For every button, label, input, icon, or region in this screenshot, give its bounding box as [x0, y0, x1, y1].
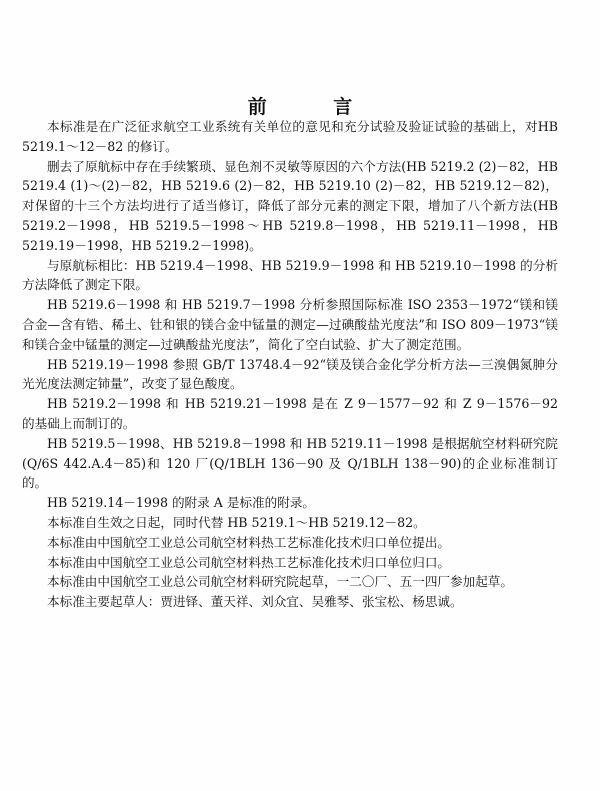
- document-page: 前 言 本标准是在广泛征求航空工业系统有关单位的意见和充分试验及验证试验的基础上…: [0, 0, 600, 791]
- paragraph-detection-limits: 与原航标相比：HB 5219.4－1998、HB 5219.9－1998 和 H…: [22, 256, 558, 296]
- page-title: 前 言: [0, 92, 600, 119]
- paragraph-drafted-by: 本标准由中国航空工业总公司航空材料研究院起草，一二〇厂、五一四厂参加起草。: [22, 572, 558, 592]
- paragraph-iso-reference: HB 5219.6－1998 和 HB 5219.7－1998 分析参照国际标准…: [22, 295, 558, 354]
- paragraph-removed-methods: 删去了原航标中存在手续繁琐、显色剂不灵敏等原因的六个方法(HB 5219.2 (…: [22, 157, 558, 256]
- paragraph-proposed-by: 本标准由中国航空工业总公司航空材料热工艺标准化技术归口单位提出。: [22, 533, 558, 553]
- paragraph-revision-basis: 本标准是在广泛征求航空工业系统有关单位的意见和充分试验及验证试验的基础上，对HB…: [22, 117, 558, 157]
- paragraph-effective-date: 本标准自生效之日起，同时代替 HB 5219.1～HB 5219.12－82。: [22, 513, 558, 533]
- paragraph-z9-basis: HB 5219.2－1998 和 HB 5219.21－1998 是在 Z 9－…: [22, 394, 558, 434]
- paragraph-enterprise-standards: HB 5219.5－1998、HB 5219.8－1998 和 HB 5219.…: [22, 434, 558, 493]
- document-body: 本标准是在广泛征求航空工业系统有关单位的意见和充分试验及验证试验的基础上，对HB…: [22, 117, 558, 612]
- paragraph-main-drafters: 本标准主要起草人：贾进铎、董天祥、刘众宜、吴雅琴、张宝松、杨思诚。: [22, 592, 558, 612]
- paragraph-managed-by: 本标准由中国航空工业总公司航空材料热工艺标准化技术归口单位归口。: [22, 553, 558, 573]
- paragraph-gbt-reference: HB 5219.19－1998 参照 GB/T 13748.4－92“镁及镁合金…: [22, 355, 558, 395]
- paragraph-appendix-note: HB 5219.14－1998 的附录 A 是标准的附录。: [22, 493, 558, 513]
